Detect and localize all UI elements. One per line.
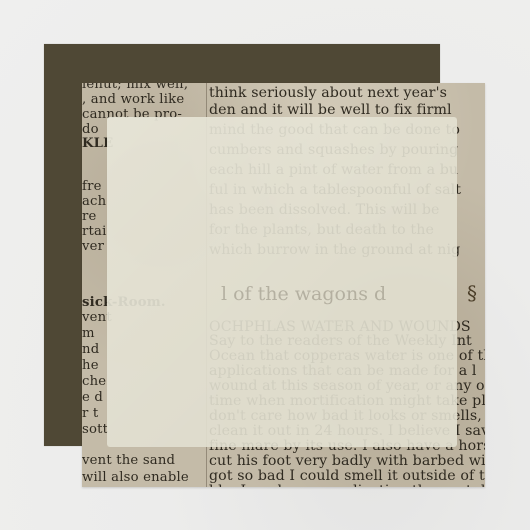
newspaper-text-line: m [82,327,95,340]
newspaper-text-line: ble. I made one application the next d [209,484,485,487]
newspaper-text-line: think seriously about next year's [209,86,447,100]
newspaper-text-line: rtai [82,225,106,238]
inner-text-panel [107,117,457,447]
newspaper-text-line: e d [82,391,103,404]
newspaper-text-line: lehut; mix well, [82,83,188,91]
newspaper-text-line: nd [82,343,99,356]
newspaper-text-line: fre [82,180,102,193]
newspaper-text-line: ver [82,240,104,253]
faded-heading: l of the wagons d [221,283,386,305]
newspaper-text-line: den and it will be well to fix firml [209,103,452,117]
newspaper-text-line: sott [82,423,108,436]
newspaper-text-line: , and work like [82,93,184,106]
newspaper-text-line: vent the sand [82,454,175,467]
newspaper-text-line: cut his foot very badly with barbed wire… [209,454,485,468]
newspaper-text-line: he [82,359,99,372]
newspaper-text-line: re [82,210,97,223]
newspaper-text-line: got so bad I could smell it outside of t… [209,469,485,483]
ornament-icon: § [463,278,481,308]
newspaper-text-line: r t [82,407,98,420]
newspaper-text-line: do [82,123,99,136]
newspaper-text-line: will also enable [82,471,189,484]
newspaper-text-line: ach [82,195,106,208]
newspaper-text-line: che [82,375,106,388]
